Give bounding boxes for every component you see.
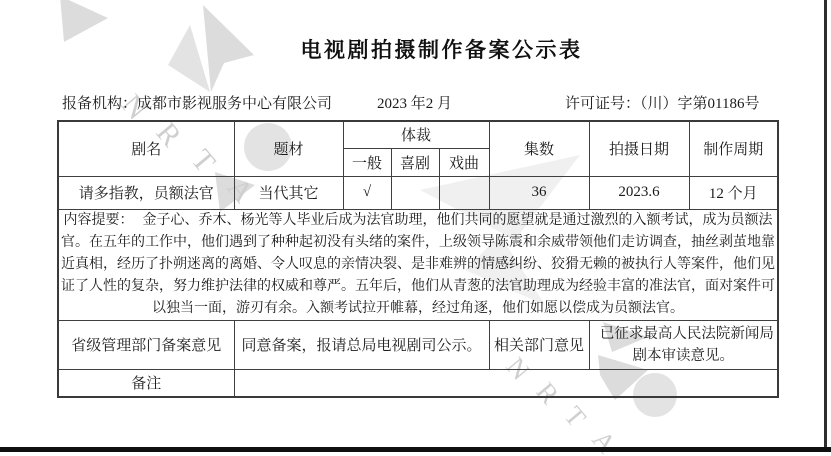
content-summary: 内容提要：金子心、乔木、杨光等人毕业后成为法官助理，他们共同的愿望就是通过激烈的…	[58, 209, 778, 320]
cell-drama-name: 请多指教，员额法官	[58, 176, 234, 209]
cell-subject: 当代其它	[234, 176, 343, 209]
opinions-row: 省级管理部门备案意见 同意备案，报请总局电视剧司公示。 相关部门意见 已征求最高…	[58, 320, 778, 369]
cell-production-cycle: 12 个月	[689, 176, 778, 209]
cell-shoot-date: 2023.6	[589, 176, 689, 209]
filing-org-label: 报备机构：	[62, 96, 137, 112]
registration-form-page: N R T A N R T A 电视剧拍摄制作备案公示表 报备机构：成都市影视服…	[0, 0, 831, 456]
drama-data-row: 请多指教，员额法官 当代其它 √ 36 2023.6 12 个月	[58, 176, 778, 209]
related-opinion-value: 已征求最高人民法院新闻局剧本审读意见。	[589, 320, 778, 369]
provincial-opinion-label: 省级管理部门备案意见	[58, 320, 234, 369]
table-header-row-1: 剧名 题材 体裁 集数 拍摄日期 制作周期	[58, 121, 778, 148]
cell-genre-general-check: √	[343, 176, 391, 209]
license-number: 许可证号：（川）字第01186号	[565, 92, 759, 113]
header-genre-opera: 戏曲	[439, 148, 489, 176]
cell-genre-comedy	[391, 176, 439, 209]
content-summary-row: 内容提要：金子心、乔木、杨光等人毕业后成为法官助理，他们共同的愿望就是通过激烈的…	[58, 209, 778, 320]
cell-genre-opera	[439, 176, 489, 209]
header-subject: 题材	[234, 121, 343, 176]
screenshot-right-border-line	[824, 0, 827, 452]
remark-value	[234, 369, 778, 397]
header-genre-comedy: 喜剧	[391, 148, 439, 176]
filing-org: 报备机构：成都市影视服务中心有限公司	[62, 92, 332, 113]
header-drama-name: 剧名	[58, 121, 234, 176]
remark-row: 备注	[58, 369, 778, 397]
filing-table: 剧名 题材 体裁 集数 拍摄日期 制作周期 一般 喜剧 戏曲 请多指教，员额法官…	[57, 120, 779, 398]
page-title: 电视剧拍摄制作备案公示表	[26, 34, 831, 64]
header-genre-general: 一般	[343, 148, 391, 176]
filing-org-value: 成都市影视服务中心有限公司	[137, 96, 332, 112]
content-summary-label: 内容提要：	[64, 213, 134, 228]
license-value: （川）字第01186号	[640, 96, 759, 112]
header-episodes: 集数	[489, 121, 589, 176]
related-opinion-label: 相关部门意见	[489, 320, 589, 369]
screenshot-bottom-border-bar	[0, 447, 831, 452]
license-label: 许可证号：	[565, 96, 640, 112]
cell-episodes: 36	[489, 176, 589, 209]
header-shoot-date: 拍摄日期	[589, 121, 689, 176]
filing-meta-row: 报备机构：成都市影视服务中心有限公司 2023 年2 月 许可证号：（川）字第0…	[0, 92, 831, 114]
filing-date: 2023 年2 月	[377, 92, 452, 113]
content-summary-text: 金子心、乔木、杨光等人毕业后成为法官助理，他们共同的愿望就是通过激烈的入额考试，…	[61, 213, 775, 316]
provincial-opinion-value: 同意备案，报请总局电视剧司公示。	[234, 320, 489, 369]
header-production-cycle: 制作周期	[689, 121, 778, 176]
header-genre: 体裁	[343, 121, 489, 148]
remark-label: 备注	[58, 369, 234, 397]
